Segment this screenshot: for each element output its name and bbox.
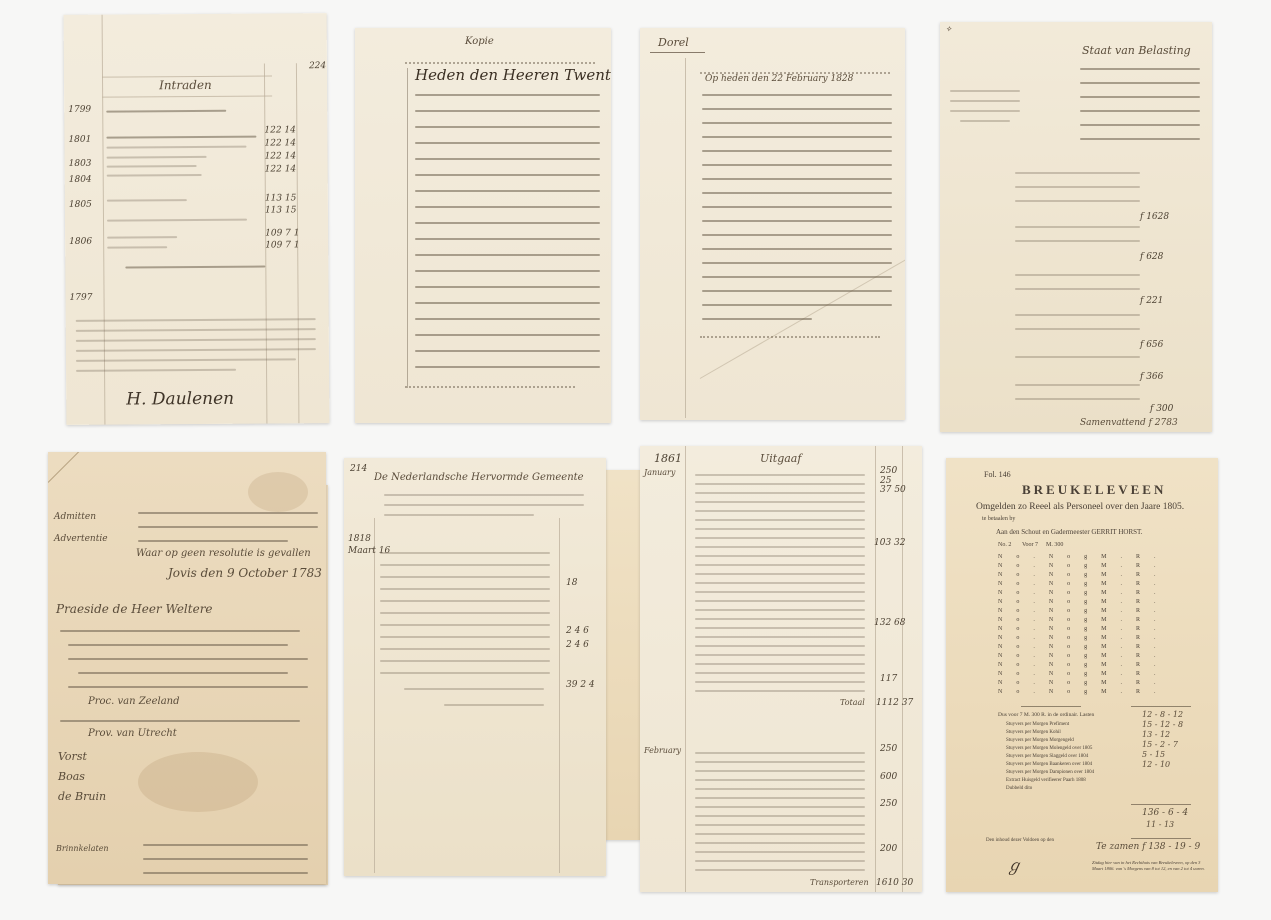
handwriting-line <box>68 644 288 646</box>
handwriting-line <box>415 318 600 320</box>
signature: H. Daulenen <box>126 389 234 410</box>
amount: 113 15 <box>265 193 297 203</box>
margin-note-line <box>960 120 1010 122</box>
entry-line <box>695 474 865 476</box>
handwriting-line <box>415 366 600 368</box>
header-note: Dorel <box>658 36 689 49</box>
handwriting-line <box>60 630 300 632</box>
handwriting-line <box>380 588 550 590</box>
entry-line <box>695 869 865 871</box>
handwriting-line <box>1015 328 1140 330</box>
handwriting-line <box>702 262 892 264</box>
tax-line: Stuyvers per Morgen Slaggeld over 1804 <box>1006 754 1088 759</box>
row-template: No.NogM.R. <box>998 689 1170 695</box>
document-deed-1828: Dorel Op heden den 22 February 1828 <box>640 28 905 420</box>
entry-line <box>695 501 865 503</box>
entry-line <box>695 806 865 808</box>
handwriting-line <box>380 564 550 566</box>
entry-line <box>695 483 865 485</box>
amount: 122 14 <box>265 164 297 174</box>
tax-line: Dubbeld dito <box>1006 786 1032 791</box>
tax-line: Stuyvers per Morgen Baankeren over 1804 <box>1006 762 1092 767</box>
handwriting-line <box>76 348 316 352</box>
row-template: No.NogM.R. <box>998 644 1170 650</box>
document-ledger-intraden: Intraden 224 1799 1801 1803 1804 1805 18… <box>64 13 330 425</box>
handwriting-line <box>107 174 202 177</box>
handwriting-line <box>702 108 892 110</box>
handwriting-line <box>415 334 600 336</box>
row-template: No.NogM.R. <box>998 590 1170 596</box>
amount: 2 4 6 <box>566 626 589 636</box>
document-calligraphic-deed: Kopie Heden den Heeren Twentieth <box>355 28 611 423</box>
handwriting-line <box>384 514 534 516</box>
handwriting-line <box>380 672 550 674</box>
entry-line <box>695 690 865 692</box>
decorative-border-left <box>407 68 408 388</box>
handwriting-line <box>1015 274 1140 276</box>
document-torn-backsheet <box>600 470 640 840</box>
collector-signature: ℊ <box>1006 853 1022 876</box>
handwriting-line <box>415 302 600 304</box>
amount: 122 14 <box>264 138 296 148</box>
handwriting-line <box>415 238 600 240</box>
row-template: No.NogM.R. <box>998 599 1170 605</box>
document-tax-statement: ⟡ Staat van Belasting f 1628 f 628 f 221… <box>940 22 1212 432</box>
amount: 250 <box>880 466 897 476</box>
margin-rule <box>374 518 375 873</box>
handwriting-line <box>76 338 316 342</box>
handwriting-line <box>138 526 318 528</box>
column-rule <box>559 518 560 873</box>
entry-line <box>695 779 865 781</box>
signed-label: Den inhoud dezer Voldoen op den <box>986 838 1054 843</box>
handwriting-line <box>380 612 550 614</box>
handwriting-line <box>415 286 600 288</box>
deed-title: Heden den Heeren Twentieth <box>415 66 611 84</box>
row-label: No. 2 <box>998 542 1011 548</box>
entry-line <box>695 618 865 620</box>
handwriting-line <box>702 136 892 138</box>
entry-line <box>695 761 865 763</box>
summa: 136 - 6 - 4 <box>1142 808 1188 818</box>
handwriting-line <box>107 246 167 248</box>
document-church-account: 214 De Nederlandsche Hervormde Gemeente … <box>344 458 606 876</box>
delegate-province: Proc. van Zeeland <box>88 696 180 707</box>
ledger-heading: Uitgaaf <box>760 452 801 465</box>
handwriting-line <box>138 512 318 514</box>
handwriting-line <box>1015 314 1140 316</box>
handwriting-line <box>415 270 600 272</box>
handwriting-line <box>68 686 308 688</box>
total-rule <box>1131 838 1191 839</box>
margin-note-line <box>950 100 1020 102</box>
handwriting-line <box>702 318 812 320</box>
entry-line <box>695 492 865 494</box>
amount: 2 4 6 <box>566 640 589 650</box>
handwriting-line <box>107 219 247 222</box>
entry-line <box>695 654 865 656</box>
gadergeld: 11 - 13 <box>1146 820 1174 829</box>
handwriting-line <box>68 658 308 660</box>
handwriting-line <box>415 174 600 176</box>
decorative-border-bottom <box>700 328 880 338</box>
entry-line <box>695 546 865 548</box>
handwriting-line <box>702 220 892 222</box>
corner-note: ⟡ <box>946 24 951 34</box>
amount: 200 <box>880 844 897 854</box>
handwriting-line <box>702 248 892 250</box>
handwriting-line <box>415 94 600 96</box>
row-template: No.NogM.R. <box>998 662 1170 668</box>
tax-line: Extract Huisgeld verifieerer Paarh 1808 <box>1006 778 1086 783</box>
ledger-heading: Intraden <box>159 78 212 92</box>
handwriting-line <box>702 150 892 152</box>
row-template: No.NogM.R. <box>998 671 1170 677</box>
handwriting-line <box>60 720 300 722</box>
amount: 113 15 <box>265 205 297 215</box>
year: 1804 <box>69 175 92 185</box>
handwriting-line <box>384 494 584 496</box>
amount: 109 7 1 <box>265 228 299 238</box>
tax-amount: 15 - 2 - 7 <box>1142 740 1178 749</box>
handwriting-line <box>702 276 892 278</box>
tax-amount: 12 - 8 - 12 <box>1142 710 1183 719</box>
month: Maart 16 <box>348 546 390 556</box>
date-column-rule <box>685 446 686 892</box>
handwriting-line <box>125 266 265 269</box>
session-note: Zitdag hier van in het Rechthuis van Bre… <box>1092 860 1210 872</box>
row-template: No.NogM.R. <box>998 617 1170 623</box>
page-number: 214 <box>350 464 367 474</box>
entry-line <box>695 564 865 566</box>
handwriting-line <box>415 142 600 144</box>
margin-label: Admitten <box>54 512 96 522</box>
amount: 600 <box>880 772 897 782</box>
member-name: Boas <box>58 770 85 783</box>
month-label: February <box>644 746 681 755</box>
handwriting-line <box>404 688 544 690</box>
amount: f 300 <box>1150 404 1173 414</box>
page-number: 224 <box>309 61 326 71</box>
amount-column-rule <box>875 446 876 892</box>
handwriting-line <box>702 192 892 194</box>
tax-line: Stuyvers per Morgen Dampionen over 1804 <box>1006 770 1094 775</box>
handwriting-line <box>444 704 544 706</box>
cents-column-rule <box>902 446 903 892</box>
row-template: No.NogM.R. <box>998 635 1170 641</box>
entry-line <box>695 752 865 754</box>
entry-line <box>695 770 865 772</box>
entry-line <box>695 851 865 853</box>
handwriting-line <box>380 576 550 578</box>
handwriting-line <box>1080 96 1200 98</box>
handwriting-line <box>380 660 550 662</box>
handwriting-line <box>76 318 316 322</box>
decorative-border-bottom <box>405 378 575 388</box>
january-total: 1112 37 <box>876 698 913 708</box>
handwriting-line <box>1015 186 1140 188</box>
entry-line <box>695 609 865 611</box>
document-expense-ledger-1861: 1861 Uitgaaf January 250 25 37 50 103 32… <box>640 446 922 892</box>
document-breukeleveen-tax-form: Fol. 146 BREUKELEVEEN Omgelden zo Reeel … <box>946 458 1218 892</box>
form-title: BREUKELEVEEN <box>1022 482 1166 498</box>
entry-line <box>695 842 865 844</box>
handwriting-line <box>106 146 246 149</box>
year: 1797 <box>70 293 93 303</box>
handwriting-line <box>107 199 187 202</box>
handwriting-line <box>107 165 197 168</box>
handwriting-line <box>702 234 892 236</box>
row-template: No.NogM.R. <box>998 626 1170 632</box>
year: 1801 <box>68 135 91 145</box>
total-label: Totaal <box>840 698 865 707</box>
handwriting-line <box>106 110 226 113</box>
february-transport-total: 1610 30 <box>876 878 913 888</box>
folded-corner <box>48 452 105 483</box>
statement-heading: Staat van Belasting <box>1082 44 1191 57</box>
handwriting-line <box>1015 226 1140 228</box>
collector-line: Aan den Schout en Gadermeester GERRIT HO… <box>996 528 1143 536</box>
amount: 122 14 <box>265 151 297 161</box>
entry-line <box>695 672 865 674</box>
statement-total: Samenvattend f 2783 <box>1080 418 1178 428</box>
margin-label: Brinnkelaten <box>56 844 109 853</box>
header-note: Kopie <box>465 36 494 47</box>
handwriting-line <box>1015 398 1140 400</box>
paid-by-label: te betaalen by <box>982 516 1015 522</box>
entry-line <box>695 519 865 521</box>
tax-line: Stuyvers per Morgen Prefiment <box>1006 722 1069 727</box>
handwriting-line <box>415 350 600 352</box>
tax-amount: 12 - 10 <box>1142 760 1170 769</box>
handwriting-line <box>702 164 892 166</box>
handwriting-line <box>702 122 892 124</box>
entry-line <box>695 681 865 683</box>
handwriting-line <box>702 304 892 306</box>
handwriting-line <box>1015 240 1140 242</box>
handwriting-line <box>702 206 892 208</box>
margin-note-line <box>950 110 1020 112</box>
handwriting-line <box>380 552 550 554</box>
tax-line: Stuyvers per Morgen Molengeld over 1805 <box>1006 746 1092 751</box>
document-resolution-minutes: Admitten Advertentie Waar op geen resolu… <box>48 452 326 884</box>
handwriting-line <box>415 222 600 224</box>
entry-line <box>695 555 865 557</box>
entry-line <box>695 824 865 826</box>
row-template: No.NogM.R. <box>998 653 1170 659</box>
margin-label: Advertentie <box>54 534 108 544</box>
margin-note-line <box>950 90 1020 92</box>
handwriting-line <box>1015 172 1140 174</box>
year: 1799 <box>68 105 91 115</box>
handwriting-line <box>702 178 892 180</box>
amount: 109 7 1 <box>265 240 299 250</box>
entry-line <box>695 860 865 862</box>
amount: 103 32 <box>874 538 906 548</box>
entry-line <box>695 636 865 638</box>
form-subtitle: Omgelden zo Reeel als Personeel over den… <box>976 502 1184 512</box>
entry-line <box>695 573 865 575</box>
tax-line: Stuyvers per Morgen Kohil <box>1006 730 1061 735</box>
handwriting-line <box>415 126 600 128</box>
amount: 18 <box>566 578 577 588</box>
decorative-border-top <box>700 64 890 74</box>
handwriting-line <box>1015 384 1140 386</box>
handwriting-line <box>380 636 550 638</box>
handwriting-line <box>143 844 308 846</box>
handwriting-line <box>1015 356 1140 358</box>
handwriting-line <box>1015 200 1140 202</box>
amount: f 628 <box>1140 252 1163 262</box>
handwriting-line <box>1080 82 1200 84</box>
row-template: No.NogM.R. <box>998 572 1170 578</box>
row-template: No.NogM.R. <box>998 680 1170 686</box>
transport-label: Transporteren <box>810 878 869 887</box>
handwriting-line <box>1080 138 1200 140</box>
handwriting-line <box>384 504 584 506</box>
header-rule <box>102 95 272 97</box>
handwriting-line <box>702 94 892 96</box>
folio-number: Fol. 146 <box>984 470 1011 479</box>
entry-line <box>695 528 865 530</box>
row-template: No.NogM.R. <box>998 563 1170 569</box>
handwriting-line <box>76 328 316 332</box>
member-name: de Bruin <box>58 790 106 803</box>
amount: f 221 <box>1140 296 1163 306</box>
session-date: Jovis den 9 October 1783 <box>168 566 322 580</box>
delegate-province: Prov. van Utrecht <box>88 728 177 739</box>
year: 1818 <box>348 534 371 544</box>
entry-line <box>695 833 865 835</box>
entry-line <box>695 510 865 512</box>
resolution-note: Waar op geen resolutie is gevallen <box>136 548 311 559</box>
handwriting-line <box>143 872 308 874</box>
handwriting-line <box>76 358 296 362</box>
handwriting-line <box>702 290 892 292</box>
section-rule <box>1131 706 1191 707</box>
amount: 122 14 <box>264 125 296 135</box>
entry-line <box>695 815 865 817</box>
handwriting-line <box>380 624 550 626</box>
amount: 250 <box>880 799 897 809</box>
row-label: M. 300 <box>1046 542 1063 548</box>
handwriting-line <box>380 648 550 650</box>
tax-line: Dus voor 7 M. 300 R. in de ordinair. Las… <box>998 712 1094 718</box>
month-label: January <box>644 468 675 477</box>
handwriting-line <box>76 369 236 372</box>
entry-line <box>695 537 865 539</box>
handwriting-line <box>415 190 600 192</box>
handwriting-line <box>1080 68 1200 70</box>
amount: f 656 <box>1140 340 1163 350</box>
tax-amount: 13 - 12 <box>1142 730 1170 739</box>
handwriting-line <box>1080 124 1200 126</box>
row-template: No.NogM.R. <box>998 608 1170 614</box>
account-total: 39 2 4 <box>566 680 595 690</box>
handwriting-line <box>106 136 256 139</box>
foxing-stain <box>138 752 258 812</box>
amount: 37 50 <box>880 485 906 495</box>
row-template: No.NogM.R. <box>998 554 1170 560</box>
amount: 117 <box>880 674 897 684</box>
amount: f 1628 <box>1140 212 1169 222</box>
tax-amount: 5 - 15 <box>1142 750 1165 759</box>
te-zamen-total: Te zamen f 138 - 19 - 9 <box>1096 842 1200 852</box>
handwriting-line <box>415 110 600 112</box>
handwriting-line <box>380 600 550 602</box>
entry-line <box>695 645 865 647</box>
header-underline <box>650 52 705 53</box>
amount: 132 68 <box>874 618 906 628</box>
tax-line: Stuyvers per Morgen Morgengeld <box>1006 738 1074 743</box>
entry-line <box>695 582 865 584</box>
handwriting-line <box>1080 110 1200 112</box>
decorative-border-top <box>405 54 595 64</box>
entry-line <box>695 591 865 593</box>
entry-line <box>695 600 865 602</box>
member-name: Vorst <box>58 750 87 763</box>
tax-amount: 15 - 12 - 8 <box>1142 720 1183 729</box>
year: 1805 <box>69 200 92 210</box>
fold-line <box>685 58 686 418</box>
presiding-line: Praeside de Heer Weltere <box>56 602 213 616</box>
entry-line <box>695 797 865 799</box>
year: 1803 <box>69 159 92 169</box>
amount: f 366 <box>1140 372 1163 382</box>
handwriting-line <box>107 156 207 159</box>
handwriting-line <box>107 236 177 238</box>
amount: 250 <box>880 744 897 754</box>
account-title: De Nederlandsche Hervormde Gemeente <box>374 472 584 483</box>
handwriting-line <box>1015 288 1140 290</box>
deed-opening: Op heden den 22 February 1828 <box>705 74 853 84</box>
entry-line <box>695 788 865 790</box>
handwriting-line <box>415 206 600 208</box>
handwriting-line <box>143 858 308 860</box>
sum-rule <box>1131 804 1191 805</box>
handwriting-line <box>78 672 288 674</box>
handwriting-line <box>415 254 600 256</box>
year: 1861 <box>654 452 682 465</box>
year: 1806 <box>69 237 92 247</box>
row-template: No.NogM.R. <box>998 581 1170 587</box>
row-label: Voor 7 <box>1022 542 1038 548</box>
entry-line <box>695 663 865 665</box>
section-rule <box>1021 706 1081 707</box>
entry-line <box>695 627 865 629</box>
handwriting-line <box>138 540 288 542</box>
foxing-stain <box>248 472 308 512</box>
handwriting-line <box>415 158 600 160</box>
